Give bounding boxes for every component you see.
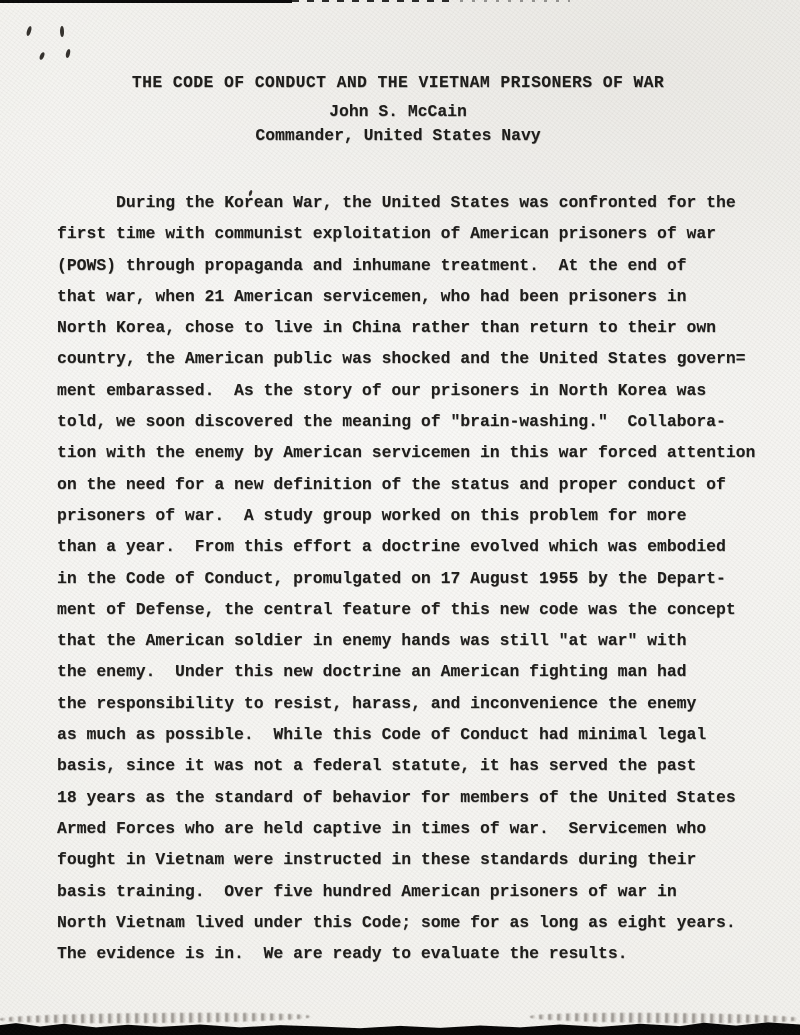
body-line: the responsibility to resist, harass, an… bbox=[57, 688, 769, 719]
document-body: During the Korean War, the United States… bbox=[57, 187, 769, 969]
document-author: John S. McCain bbox=[40, 102, 756, 121]
body-line: During the Korean War, the United States… bbox=[57, 187, 769, 218]
scan-artifact-smudge-right bbox=[530, 1012, 800, 1024]
document-header: THE CODE OF CONDUCT AND THE VIETNAM PRIS… bbox=[40, 73, 756, 163]
scan-artifact-smudge-left bbox=[0, 1012, 310, 1025]
body-line: prisoners of war. A study group worked o… bbox=[57, 500, 769, 531]
document-title: THE CODE OF CONDUCT AND THE VIETNAM PRIS… bbox=[40, 73, 756, 92]
ink-speck bbox=[65, 49, 71, 59]
body-line: than a year. From this effort a doctrine… bbox=[57, 531, 769, 562]
body-line: North Vietnam lived under this Code; som… bbox=[57, 907, 769, 938]
body-line: on the need for a new definition of the … bbox=[57, 469, 769, 500]
body-line: the enemy. Under this new doctrine an Am… bbox=[57, 656, 769, 687]
body-line: ment embarassed. As the story of our pri… bbox=[57, 375, 769, 406]
ink-speck bbox=[26, 26, 32, 37]
body-line: fought in Vietnam were instructed in the… bbox=[57, 844, 769, 875]
document-author-rank: Commander, United States Navy bbox=[40, 126, 756, 145]
body-line: that the American soldier in enemy hands… bbox=[57, 625, 769, 656]
document-page: THE CODE OF CONDUCT AND THE VIETNAM PRIS… bbox=[0, 0, 800, 1035]
body-line: The evidence is in. We are ready to eval… bbox=[57, 938, 769, 969]
scan-artifact-top-dashes bbox=[292, 0, 457, 2]
scan-artifact-top-dots bbox=[460, 0, 570, 2]
body-line: ment of Defense, the central feature of … bbox=[57, 594, 769, 625]
ink-speck bbox=[60, 26, 65, 37]
scan-artifact-top-line bbox=[0, 0, 292, 3]
body-line: first time with communist exploitation o… bbox=[57, 218, 769, 249]
body-line: 18 years as the standard of behavior for… bbox=[57, 782, 769, 813]
body-line: in the Code of Conduct, promulgated on 1… bbox=[57, 563, 769, 594]
body-line: (POWS) through propaganda and inhumane t… bbox=[57, 250, 769, 281]
body-line: Armed Forces who are held captive in tim… bbox=[57, 813, 769, 844]
body-line: as much as possible. While this Code of … bbox=[57, 719, 769, 750]
body-line: North Korea, chose to live in China rath… bbox=[57, 312, 769, 343]
body-line: that war, when 21 American servicemen, w… bbox=[57, 281, 769, 312]
body-line: told, we soon discovered the meaning of … bbox=[57, 406, 769, 437]
body-line: basis training. Over five hundred Americ… bbox=[57, 876, 769, 907]
body-line: tion with the enemy by American servicem… bbox=[57, 437, 769, 468]
body-line: country, the American public was shocked… bbox=[57, 343, 769, 374]
ink-speck bbox=[39, 52, 45, 61]
body-line: basis, since it was not a federal statut… bbox=[57, 750, 769, 781]
